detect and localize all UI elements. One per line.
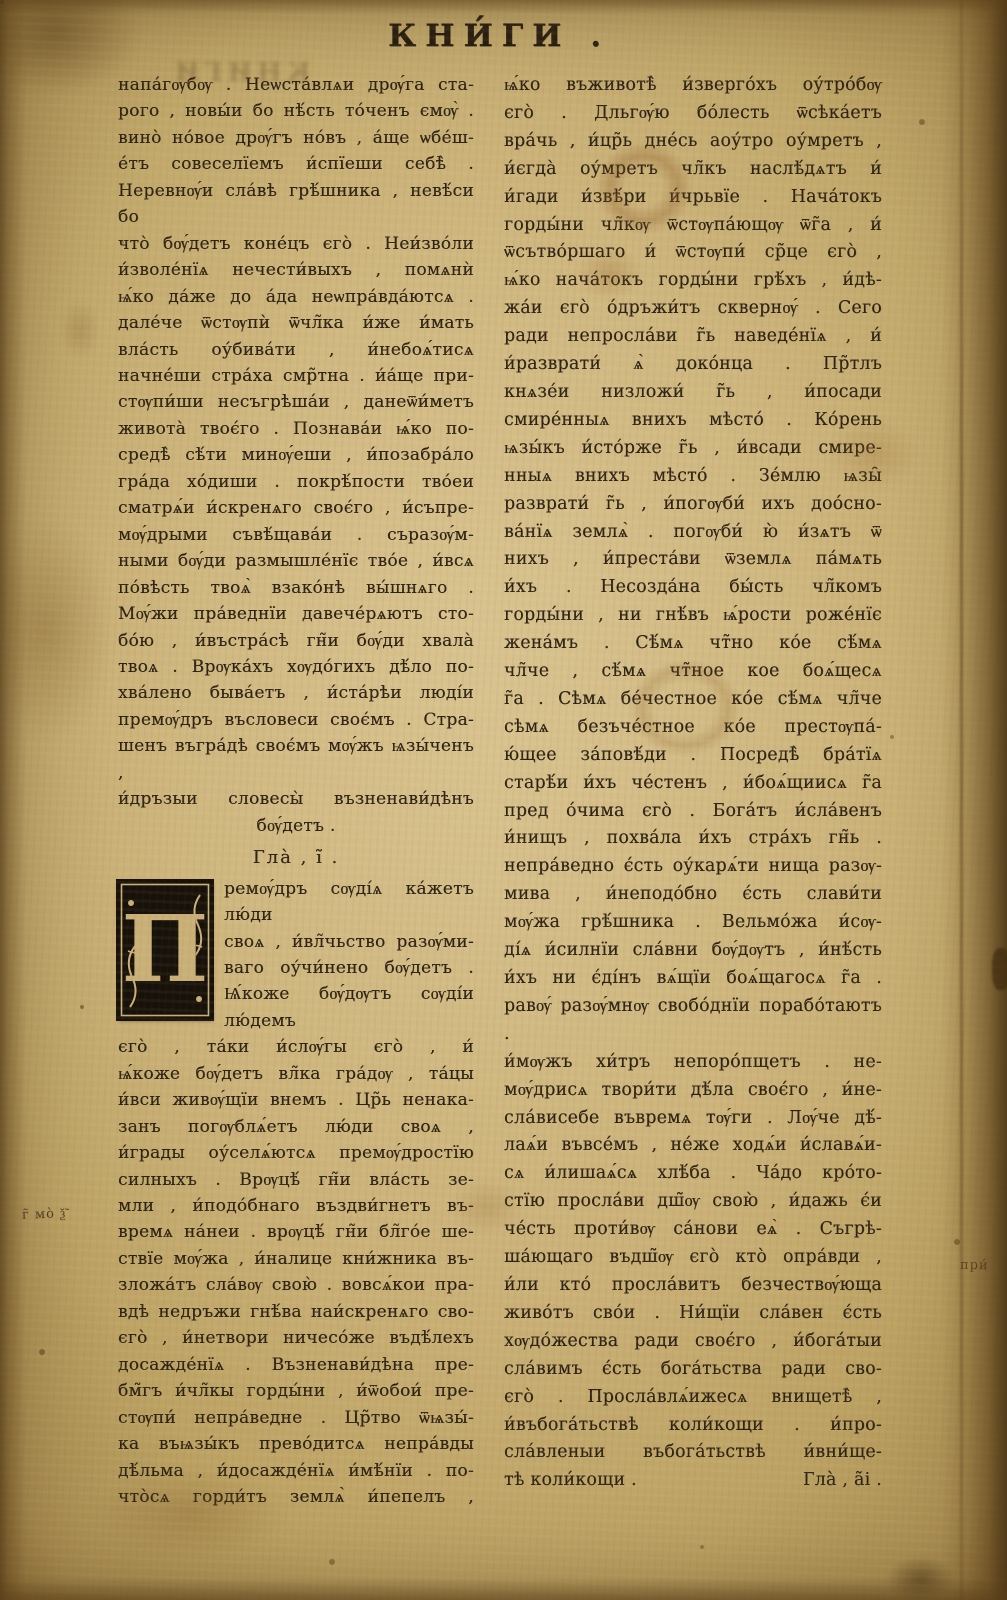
text-line: ствїе мѹ́жа , и́налице кни́жника въ-	[118, 1246, 474, 1272]
chapter-heading-11: Гла̀ , а̃і .	[803, 1467, 882, 1495]
text-line: и́зволе́нїѧ нечести́выхъ , помѧнѝ	[118, 257, 474, 283]
text-line: сѣмѧ безъче́стное ко́е престѹпа́-	[504, 714, 882, 742]
page-edge-left	[0, 0, 26, 1600]
text-line: чл̃че , сѣ́мѧ чт̃ное кое боѧ́щесѧ	[504, 658, 882, 686]
stain	[60, 300, 100, 360]
text-line: вдѣ недръжи гнѣ́ва наи́скренѧго сво-	[118, 1299, 474, 1325]
page-edge-right	[941, 0, 1007, 1600]
text-line: нныѧ внихъ мѣсто́ . Зе́млю ѩзы̑	[504, 463, 882, 491]
text-line: ѩ́ко въживотѣ̀ и́зверго́хъ оу́тро́бѹ	[504, 72, 882, 100]
text-line: че́сть проти́вѹ са́нови еѧ̀ . Съгрѣ-	[504, 1216, 882, 1244]
paragraph-end-line: бѹ́детъ .	[118, 813, 474, 839]
text-line: смире́нныѧ внихъ мѣсто́ . Ко́рень	[504, 407, 882, 435]
chapter-heading-10: Гла̀ , і̃ .	[118, 839, 474, 875]
page-edge-bottom	[0, 1578, 1007, 1600]
left-column: напа́гѹбѹ . Неѡста́влѧи дрѹ́га ста-рого …	[118, 72, 474, 1510]
text-line: сматрѧ́и и́скренѧго своє́го , и́съпре-	[118, 495, 474, 521]
text-line: что̀сѧ горди́тъ землѧ̀ и́пепелъ ,	[118, 1484, 474, 1510]
text-line: дѣ́льма , и́досажде́нїѧ и́мѣ́нїи . по-	[118, 1458, 474, 1484]
text-line: и́хъ . Несозда́на бы́сть чл̃комъ	[504, 574, 882, 602]
text-line: ными бѹ́ди размышле́нїє тво́е , и́всѧ	[118, 548, 474, 574]
text-line: сла́вленыи въбога́тьствѣ и́вни́ще-	[504, 1439, 882, 1467]
text-line: мива , и́неподо́бно є́сть слави́ти	[504, 881, 882, 909]
last-line-text: тѣ коли́кощи .	[504, 1467, 637, 1495]
text-line: сла́вимъ є́сть бога́тьства ради сво-	[504, 1356, 882, 1384]
text-line: єго̀ . Просла́влѧ́ижесѧ внищетѣ̀ ,	[504, 1384, 882, 1412]
last-line: тѣ коли́кощи . Гла̀ , а̃і .	[504, 1467, 882, 1495]
ornamental-initial-woodcut: П	[118, 881, 212, 1019]
text-block: напа́гѹбѹ . Неѡста́влѧи дрѹ́га ста-рого …	[118, 72, 882, 1510]
right-margin-note: при́	[960, 1258, 989, 1273]
text-line: хва́лено быва́етъ , и́ста́рѣи люді́и	[118, 680, 474, 706]
text-line: шенъ въгра́дѣ своє́мъ мѹ́жъ ѩзы́ченъ ,	[118, 733, 474, 786]
text-line: стѹпи́ непра́ведне . Цр̃тво ѿѩзы́-	[118, 1405, 474, 1431]
text-line: хѹдо́жества ради своє́го , и́бога́тыи	[504, 1328, 882, 1356]
text-line: и́разврати́ ѧ̀ доко́нца . Пр̃тлъ	[504, 351, 882, 379]
text-line: єго̀ . Дльгѹ́ю бо́лесть ѿсѣка́етъ	[504, 100, 882, 128]
text-line: средѣ̀ сѣ́ти минѹ́еши , и́позабра́ло	[118, 442, 474, 468]
text-line: начне́ши стра́ха смр̃тна . и́а́ще при-	[118, 363, 474, 389]
text-line: бм̃гъ и́чл̃кы горды́ни , и́ѿобои́ пре-	[118, 1378, 474, 1404]
text-line: времѧ на́неи . врѹцѣ́ гн̃и бл̃го́е ше-	[118, 1219, 474, 1245]
text-line: вла́сть оу́бива́ти , и́небоѧ́тисѧ	[118, 337, 474, 363]
text-line: ѩ́ко да́же до а́да неѡпра́вда́ютсѧ .	[118, 284, 474, 310]
text-line: старѣ́и и́хъ че́стенъ , и́боѧ́щиисѧ г̃а	[504, 770, 882, 798]
text-line: ша́ющаго въдш̃ѹ єго̀ кто̀ опра́вди ,	[504, 1244, 882, 1272]
text-line: стѹпи́ши несъгрѣша́и , данеѿи́метъ	[118, 389, 474, 415]
text-line: по́вѣсть твоѧ̀ взако́нѣ вы́шнѧго .	[118, 575, 474, 601]
right-paragraph: ѩ́ко въживотѣ̀ и́зверго́хъ оу́тро́бѹєго̀…	[504, 72, 882, 1467]
text-line: ва́нїѧ землѧ̀ . погѹби́ ю̀ и́зѧтъ ѿ	[504, 519, 882, 547]
page-edge-top	[0, 0, 1007, 14]
text-line: сѧ и́лишаѧ́сѧ хлѣ́ба . Ча́до кро́то-	[504, 1160, 882, 1188]
text-line: ді́ѧ и́силнїи сла́вни бѹ́дѹтъ , и́нѣ́сть	[504, 937, 882, 965]
ink-specks	[0, 0, 4, 4]
text-line: г̃а . Сѣмѧ бе́честное ко́е сѣ́мѧ чл̃че	[504, 686, 882, 714]
text-line: вино̀ но́вое дрѹ́гъ но́въ , а́ще ѡбе́ш-	[118, 125, 474, 151]
text-line: и́гади и́звѣ́ри и́чрьвїе . Нача́токъ	[504, 184, 882, 212]
text-line: рого , новы́и бо нѣ́сть то́ченъ ємѹ̀ .	[118, 98, 474, 124]
text-line: разврати́ г̃ь , и́погѹби́ ихъ доо́сно-	[504, 491, 882, 519]
text-line: твоѧ . Врѹка́хъ хѹдо́гихъ дѣ́ло по-	[118, 654, 474, 680]
text-line: ради непросла́ви г̃ь наведе́нїѧ , и́	[504, 323, 882, 351]
text-line: и́вси живѹ́щїи внемъ . Цр̃ь ненака-	[118, 1087, 474, 1113]
right-column: ѩ́ко въживотѣ̀ и́зверго́хъ оу́тро́бѹєго̀…	[504, 72, 882, 1510]
text-line: непра́ведно є́сть оу́карѧ́ти нища разѹ-	[504, 853, 882, 881]
text-line: жа́и єго̀ о́дръжи́тъ сквернѹ́ . Сего	[504, 295, 882, 323]
text-line: досажде́нїѧ . Възненави́дѣна пре-	[118, 1352, 474, 1378]
text-line: горды́ни чл̃кѹ ѿстѹпа́ющѹ ѿг̃а , и́	[504, 212, 882, 240]
text-line: занъ погѹблѧ́етъ лю́ди своѧ ,	[118, 1114, 474, 1140]
text-line: вра́чь , и́цр̃ь дне́сь аоу́тро оу́мретъ …	[504, 128, 882, 156]
text-line: и́нищъ , похва́ла и́хъ стра́хъ гн̃ь .	[504, 825, 882, 853]
text-line: и́дръзыи словесы̀ възненави́дѣнъ	[118, 786, 474, 812]
text-line: и́ли кто́ просла́витъ безчествѹ́юща	[504, 1272, 882, 1300]
text-line: ѩ́ко нача́токъ горды́ни грѣ́хъ , и́дѣ-	[504, 267, 882, 295]
text-line: жена́мъ . Сѣ́мѧ чт̃но ко́е сѣ́мѧ	[504, 630, 882, 658]
text-line: мѹ́дрисѧ твори́ти дѣ́ла своє́го , и́не-	[504, 1077, 882, 1105]
left-paragraph-1: напа́гѹбѹ . Неѡста́влѧи дрѹ́га ста-рого …	[118, 72, 474, 813]
text-line: и́грады оу́селѧ́ютсѧ премѹ́дростїю	[118, 1140, 474, 1166]
text-line: єго̀ , и́нетвори ничесо́же въдѣ́лехъ	[118, 1325, 474, 1351]
text-line: мѹ́жа грѣ́шника . Вельмо́жа и́сѹ-	[504, 909, 882, 937]
text-line: и́хъ ни є́ді́нъ вѧ́щїи боѧ́щагосѧ г̃а .	[504, 965, 882, 993]
text-line: нихъ , и́преста́ви ѿземлѧ па́мѧть	[504, 546, 882, 574]
text-line: бо́ю , и́въстра́сѣ гн̃и бѹ́ди хвала̀	[118, 628, 474, 654]
text-line: дале́че ѿстѹпѝ ѿчл̃ка и́же и́мать	[118, 310, 474, 336]
text-line: ѿсътво́ршаго и́ ѿстѹпи́ ср̃це єго̀ ,	[504, 239, 882, 267]
stain	[886, 1556, 956, 1600]
text-line: гра́да хо́диши . покрѣ́пости тво́еи	[118, 469, 474, 495]
stain	[0, 520, 112, 740]
page-edge-crease	[960, 0, 963, 1600]
text-line: пред о́чима єго̀ . Бога́тъ и́сла́венъ	[504, 798, 882, 826]
text-line: и́мѹжъ хи́тръ непоро́пщетъ . не-	[504, 1049, 882, 1077]
text-line: и́въбога́тьствѣ коли́кощи . и́про-	[504, 1412, 882, 1440]
text-line: зложа́тъ сла́вѹ свою̀ . вовсѧ́кои пра-	[118, 1272, 474, 1298]
book-page: КНИГИ КНИ́ГИ . напа́гѹбѹ . Неѡста́влѧи д…	[0, 0, 1007, 1600]
text-line: е́тъ совеселїемъ и́спїеши себѣ̀ .	[118, 151, 474, 177]
page-edge-notch	[992, 948, 1007, 990]
text-line: Неревнѹ́и сла́вѣ грѣ́шника , невѣ́си бо	[118, 178, 474, 231]
text-line: стїю просла́ви дш̃ѹ свою̀ , и́дажь є́и	[504, 1188, 882, 1216]
text-line: живо́тъ сво́и . Ни́щїи сла́вен є́сть	[504, 1300, 882, 1328]
text-line: кнѧзе́и низложи́ г̃ь , и́посади	[504, 379, 882, 407]
text-line: что̀ бѹ́детъ коне́цъ єго̀ . Неи́зво́ли	[118, 231, 474, 257]
text-line: лаѧ́и въвсе́мъ , не́же ходѧ́и и́славѧ́и-	[504, 1132, 882, 1160]
text-line: ю́щее за́повѣ́ди . Посредѣ̀ бра́тїѧ	[504, 742, 882, 770]
text-line: силныхъ . Врѹцѣ́ гн̃и вла́сть зе-	[118, 1167, 474, 1193]
text-line: напа́гѹбѹ . Неѡста́влѧи дрѹ́га ста-	[118, 72, 474, 98]
text-line: горды́ни , ни гнѣ́въ ѩ́рости роже́нїє	[504, 602, 882, 630]
left-margin-note: г̃ мо̀ ѯ̃	[22, 1205, 67, 1223]
text-line: живота̀ твоє́го . Познава́и ѩ́ко по-	[118, 416, 474, 442]
text-line: премѹ́дръ въсловеси своє́мъ . Стра-	[118, 707, 474, 733]
page-title: КНИ́ГИ .	[118, 18, 880, 54]
text-line: мѹ́дрыми съвѣ́щава́и . съразѹ́м-	[118, 522, 474, 548]
text-line: ка въѩзы́къ прево́дитсѧ непра́вды	[118, 1431, 474, 1457]
text-line: єго̀ , та́ки и́слѹ́гы єго̀ , и́	[118, 1034, 474, 1060]
initial-letter: П	[118, 887, 212, 1011]
text-line: и́єгда̀ оу́мретъ чл̃къ наслѣ́дѧтъ и́	[504, 156, 882, 184]
text-line: Мѹ́жи пра́веднїи давече́рѧютъ сто-	[118, 601, 474, 627]
text-line: ѩ́коже бѹ́детъ вл̃ка гра́дѹ , та́цы	[118, 1061, 474, 1087]
text-line: сла́висебе въвремѧ тѹ́ги . Лѹ́че дѣ́-	[504, 1105, 882, 1133]
text-line: мли , и́подо́бнаго въздви́гнетъ въ-	[118, 1193, 474, 1219]
text-line: ѩзы́къ и́сто́рже г̃ь , и́всади смире-	[504, 435, 882, 463]
text-line: равѹ́ разѹ́мнѹ свобо́днїи порабо́таютъ .	[504, 993, 882, 1049]
